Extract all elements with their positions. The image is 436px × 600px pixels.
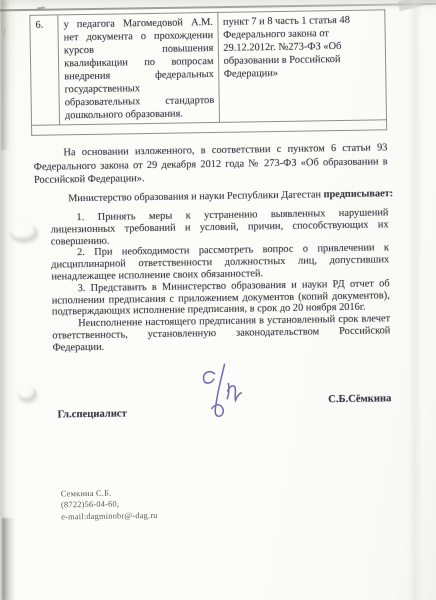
prescription-item-1: 1. Принять меры к устранению выявленных … [50,207,389,248]
violation-table-row: 6. у педагога Магомедовой А.М. нет докум… [30,10,387,126]
signature-name: С.Б.Сёмкина [328,393,391,405]
scan-left-streak-bottom [2,518,15,600]
basis-paragraph: На основании изложенного, в соответствии… [33,141,388,187]
contact-block: Семкина С.Б. (8722)56-04-60, e-mail:dagm… [61,483,394,523]
legal-basis-cell: пункт 7 и 8 часть 1 статья 48 Федерально… [217,10,386,123]
warning-paragraph: Неисполнение настоящего предписания в ус… [52,313,391,354]
paper-emboss-bump [18,386,36,401]
signature-row: Гл.специалист С.Б.Сёмкина [35,389,391,429]
signature-position-title: Гл.специалист [58,408,127,420]
prescription-items: 1. Принять меры к устранению выявленных … [50,207,390,354]
ministry-prescribes-line: Министерство образования и науки Республ… [34,187,388,206]
prescription-item-2: 2. При необходимости рассмотреть вопрос … [51,243,390,284]
violation-description-cell: у педагога Магомедовой А.М. нет документ… [58,12,219,124]
ministry-name-text: Министерство образования и науки Республ… [68,189,324,204]
scanned-document-page: 6. у педагога Магомедовой А.М. нет докум… [0,0,436,600]
scan-left-streak-top [1,0,10,150]
document-content: 6. у педагога Магомедовой А.М. нет докум… [29,9,393,523]
prescription-item-3: 3. Представить в Министерство образовани… [52,278,391,319]
row-number-cell: 6. [30,15,60,125]
signature-ink-scribble [193,359,250,424]
scan-right-band [408,0,422,600]
prescribes-word: предписывает: [323,188,393,200]
pencil-mark [4,28,10,37]
violations-table: 6. у педагога Магомедовой А.М. нет докум… [29,9,387,136]
